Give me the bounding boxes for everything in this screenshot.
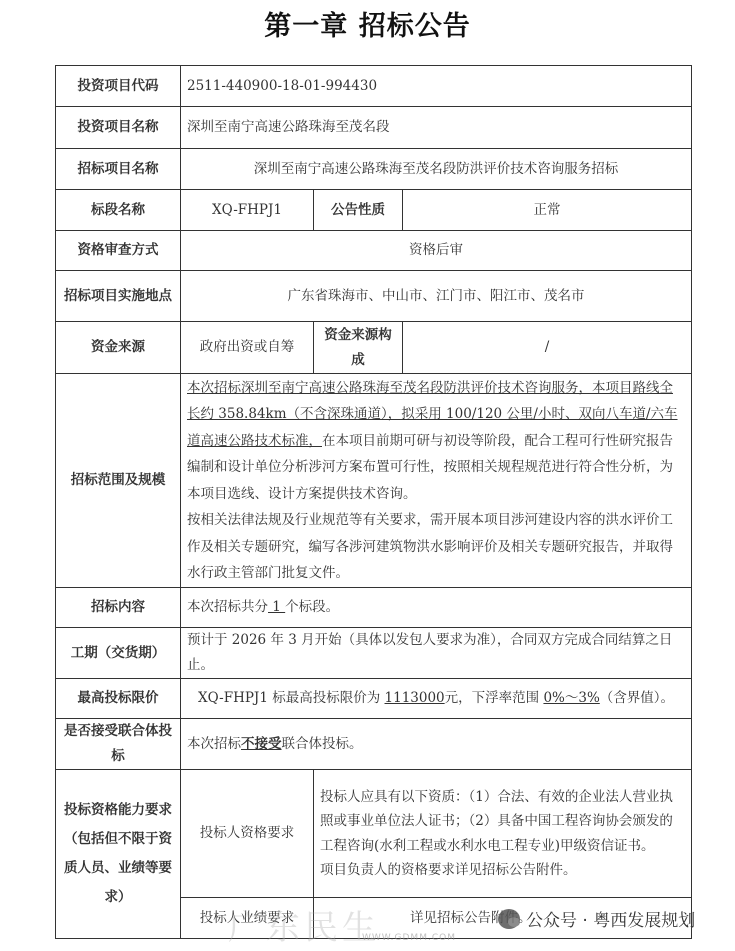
joint-emphasis: 不接受 [241,736,282,752]
qualification-text-2: 项目负责人的资格要求详见招标公告附件。 [320,858,685,883]
row-location: 招标项目实施地点 广东省珠海市、中山市、江门市、阳江市、茂名市 [56,271,692,322]
label-bidder-requirements: 投标资格能力要求（包括但不限于资质人员、业绩等要求） [56,770,181,939]
content-prefix: 本次招标共分 [187,599,268,615]
joint-prefix: 本次招标 [187,736,241,752]
max-price-mid: 元，下浮率范围 [445,690,544,706]
value-duration: 预计于 2026 年 3 月开始（具体以发包人要求为准），合同双方完成合同结算之… [181,628,692,679]
label-section: 标段名称 [56,190,181,231]
value-funding-composition: / [403,322,692,374]
label-project-code: 投资项目代码 [56,66,181,107]
value-qualification-req: 投标人应具有以下资质：（1）合法、有效的企业法人营业执照或事业单位法人证书；（2… [314,770,692,898]
label-scope: 招标范围及规模 [56,374,181,588]
row-joint: 是否接受联合体投标 本次招标不接受联合体投标。 [56,719,692,770]
tender-notice-table: 投资项目代码 2511-440900-18-01-994430 投资项目名称 深… [55,65,692,939]
wechat-account-label: 公众号 · 粤西发展规划 [526,906,695,931]
row-project-code: 投资项目代码 2511-440900-18-01-994430 [56,66,692,107]
row-duration: 工期（交货期） 预计于 2026 年 3 月开始（具体以发包人要求为准），合同双… [56,628,692,679]
qualification-text: 投标人应具有以下资质：（1）合法、有效的企业法人营业执照或事业单位法人证书；（2… [320,785,685,859]
value-project-code: 2511-440900-18-01-994430 [181,66,692,107]
label-content: 招标内容 [56,588,181,628]
wechat-watermark: 公众号 · 粤西发展规划 [498,906,695,931]
row-funding: 资金来源 政府出资或自筹 资金来源构成 / [56,322,692,374]
row-scope: 招标范围及规模 本次招标深圳至南宁高速公路珠海至茂名段防洪评价技术咨询服务，本项… [56,374,692,588]
row-section: 标段名称 XQ-FHPJ1 公告性质 正常 [56,190,692,231]
value-tender-name: 深圳至南宁高速公路珠海至茂名段防洪评价技术咨询服务招标 [181,149,692,190]
label-project-name: 投资项目名称 [56,107,181,149]
value-joint: 本次招标不接受联合体投标。 [181,719,692,770]
row-content: 招标内容 本次招标共分 1 个标段。 [56,588,692,628]
value-scope: 本次招标深圳至南宁高速公路珠海至茂名段防洪评价技术咨询服务，本项目路线全长约 3… [181,374,692,588]
max-price-amount: 1113000 [385,690,445,706]
scope-paragraph-1: 本次招标深圳至南宁高速公路珠海至茂名段防洪评价技术咨询服务，本项目路线全长约 3… [187,375,685,508]
section-count: 1 [268,599,285,615]
wechat-icon [498,909,520,929]
label-qualification-review: 资格审查方式 [56,231,181,271]
label-notice-type: 公告性质 [314,190,403,231]
value-section: XQ-FHPJ1 [181,190,314,231]
label-joint: 是否接受联合体投标 [56,719,181,770]
label-funding-composition: 资金来源构成 [314,322,403,374]
joint-suffix: 联合体投标。 [282,736,363,752]
label-duration: 工期（交货期） [56,628,181,679]
content-suffix: 个标段。 [285,599,339,615]
value-notice-type: 正常 [403,190,692,231]
max-price-suffix: （含界值）。 [600,690,674,706]
label-tender-name: 招标项目名称 [56,149,181,190]
row-qualification-review: 资格审查方式 资格后审 [56,231,692,271]
value-location: 广东省珠海市、中山市、江门市、阳江市、茂名市 [181,271,692,322]
row-bidder-qualification: 投标资格能力要求（包括但不限于资质人员、业绩等要求） 投标人资格要求 投标人应具… [56,770,692,898]
max-price-prefix: XQ-FHPJ1 标最高投标限价为 [198,690,385,706]
row-tender-name: 招标项目名称 深圳至南宁高速公路珠海至茂名段防洪评价技术咨询服务招标 [56,149,692,190]
value-project-name: 深圳至南宁高速公路珠海至茂名段 [181,107,692,149]
discount-range: 0%～3% [543,690,599,706]
value-qualification-review: 资格后审 [181,231,692,271]
label-qualification-req: 投标人资格要求 [181,770,314,898]
label-performance-req: 投标人业绩要求 [181,898,314,939]
page-title: 第一章 招标公告 [0,4,735,43]
site-watermark-url: WWW.GDMM.COM [362,933,456,943]
label-max-price: 最高投标限价 [56,679,181,719]
label-funding: 资金来源 [56,322,181,374]
row-max-price: 最高投标限价 XQ-FHPJ1 标最高投标限价为 1113000元，下浮率范围 … [56,679,692,719]
value-funding: 政府出资或自筹 [181,322,314,374]
value-max-price: XQ-FHPJ1 标最高投标限价为 1113000元，下浮率范围 0%～3%（含… [181,679,692,719]
scope-paragraph-2: 按相关法律法规及行业规范等有关要求，需开展本项目涉河建设内容的洪水评价工作及相关… [187,507,685,587]
value-content: 本次招标共分 1 个标段。 [181,588,692,628]
row-project-name: 投资项目名称 深圳至南宁高速公路珠海至茂名段 [56,107,692,149]
label-location: 招标项目实施地点 [56,271,181,322]
